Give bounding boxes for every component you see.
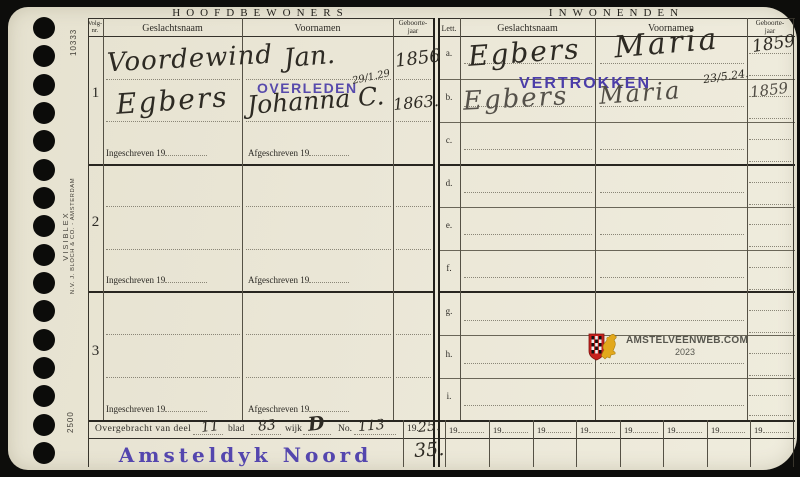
row-letter-i: i. bbox=[438, 391, 460, 401]
year-cell-label: 19 bbox=[537, 425, 546, 435]
punch-hole bbox=[33, 102, 55, 124]
ingeschreven-label-2: Ingeschreven 19 bbox=[106, 273, 207, 285]
brand-name: VISIBLEX bbox=[61, 174, 70, 298]
register-card-scan: 10333 VISIBLEX N.V. J. BLOCH & CO. - AMS… bbox=[0, 0, 800, 477]
year-cell-label: 19 bbox=[449, 425, 458, 435]
form-number-bottom: 2500 bbox=[66, 411, 75, 433]
row-letter-a: a. bbox=[438, 48, 460, 58]
afgeschreven-label-3: Afgeschreven 19 bbox=[248, 402, 349, 414]
punch-hole bbox=[33, 45, 55, 67]
printer-brand: VISIBLEX N.V. J. BLOCH & CO. - AMSTERDAM bbox=[61, 174, 76, 298]
handwriting-row-b-surname: Egbers bbox=[462, 81, 569, 116]
afgeschreven-text: Afgeschreven 19 bbox=[248, 404, 309, 414]
house-number: 35. bbox=[413, 438, 445, 462]
year-cell: 19 bbox=[754, 423, 789, 435]
overleden-stamp: OVERLEDEN bbox=[257, 80, 358, 96]
block-number-3: 3 bbox=[88, 343, 103, 360]
row-letter-d: d. bbox=[438, 178, 460, 188]
punch-hole bbox=[33, 357, 55, 379]
year-cell: 19 bbox=[580, 423, 615, 435]
year-cell-label: 19 bbox=[580, 425, 589, 435]
punch-hole bbox=[33, 272, 55, 294]
transfer-no-value: 113 bbox=[357, 417, 385, 435]
year-cell: 19 bbox=[537, 423, 571, 435]
afgeschreven-label-1: Afgeschreven 19 bbox=[248, 146, 349, 158]
transfer-blad-value: 83 bbox=[257, 417, 276, 434]
afgeschreven-text: Afgeschreven 19 bbox=[248, 275, 309, 285]
year-cell: 19 bbox=[624, 423, 658, 435]
punch-hole bbox=[33, 414, 55, 436]
year-cell-label: 19 bbox=[493, 425, 502, 435]
punch-hole bbox=[33, 74, 55, 96]
year-cell: 19 bbox=[667, 423, 702, 435]
block-number-2: 2 bbox=[88, 214, 103, 231]
punch-hole bbox=[33, 187, 55, 209]
transfer-wijk-value: D bbox=[307, 412, 326, 436]
block-number-1: 1 bbox=[88, 85, 103, 102]
year-cell: 19 bbox=[711, 423, 745, 435]
form-number-top: 10333 bbox=[69, 29, 78, 56]
handwriting-firstnames-1: Jan. bbox=[283, 40, 336, 74]
volgnr-line2: nr. bbox=[87, 27, 103, 34]
punch-hole bbox=[33, 130, 55, 152]
row-letter-e: e. bbox=[438, 220, 460, 230]
column-header-volgnr: Volg- nr. bbox=[87, 20, 103, 34]
ingeschreven-label-3: Ingeschreven 19 bbox=[106, 402, 207, 414]
ingeschreven-text: Ingeschreven 19 bbox=[106, 404, 165, 414]
punch-hole bbox=[33, 159, 55, 181]
transfer-prefix: Overgebracht van deel bbox=[95, 424, 191, 434]
transfer-year-written: 25. bbox=[417, 418, 441, 436]
column-header-birthyear-left: Geboorte- jaar bbox=[393, 20, 433, 35]
row-letter-h: h. bbox=[438, 349, 460, 359]
afgeschreven-text: Afgeschreven 19 bbox=[248, 148, 309, 158]
row-letter-g: g. bbox=[438, 306, 460, 316]
year-cell-label: 19 bbox=[754, 425, 763, 435]
birthyear-line2: jaar bbox=[393, 28, 433, 36]
column-header-firstnames-left: Voornamen bbox=[242, 23, 393, 34]
handwriting-row-b-firstnames: Maria bbox=[598, 76, 682, 110]
punch-hole bbox=[33, 442, 55, 464]
transfer-deel-value: 11 bbox=[200, 418, 219, 436]
transfer-blad-label: blad bbox=[228, 424, 244, 434]
row-letter-f: f. bbox=[438, 263, 460, 273]
punch-hole bbox=[33, 385, 55, 407]
punch-hole bbox=[33, 17, 55, 39]
ingeschreven-text: Ingeschreven 19 bbox=[106, 275, 165, 285]
year-cell-label: 19 bbox=[624, 425, 633, 435]
ingeschreven-text: Ingeschreven 19 bbox=[106, 148, 165, 158]
year-cell: 19 bbox=[449, 423, 484, 435]
year-cell-label: 19 bbox=[667, 425, 676, 435]
column-header-surname-left: Geslachtsnaam bbox=[103, 23, 242, 34]
watermark-site: AMSTELVEENWEB.COM bbox=[626, 335, 748, 346]
handwriting-birthyear-2: 1863. bbox=[392, 91, 439, 114]
year-cell: 19 bbox=[493, 423, 528, 435]
row-letter-c: c. bbox=[438, 135, 460, 145]
year-cell-label: 19 bbox=[711, 425, 720, 435]
afgeschreven-label-2: Afgeschreven 19 bbox=[248, 273, 349, 285]
transfer-no-label: No. bbox=[338, 424, 352, 434]
punch-hole bbox=[33, 300, 55, 322]
punch-hole bbox=[33, 329, 55, 351]
address-stamp: Amsteldyk Noord bbox=[88, 443, 403, 467]
amstelveen-coat-of-arms-icon bbox=[588, 333, 622, 361]
transfer-wijk-label: wijk bbox=[285, 424, 302, 434]
column-header-lett: Lett. bbox=[438, 24, 460, 33]
punch-hole bbox=[33, 244, 55, 266]
volgnr-line1: Volg- bbox=[87, 20, 103, 27]
watermark-year: 2023 bbox=[626, 347, 744, 357]
punch-hole bbox=[33, 215, 55, 237]
ingeschreven-label-1: Ingeschreven 19 bbox=[106, 146, 207, 158]
row-letter-b: b. bbox=[438, 92, 460, 102]
brand-sub: N.V. J. BLOCH & CO. - AMSTERDAM bbox=[70, 174, 76, 298]
